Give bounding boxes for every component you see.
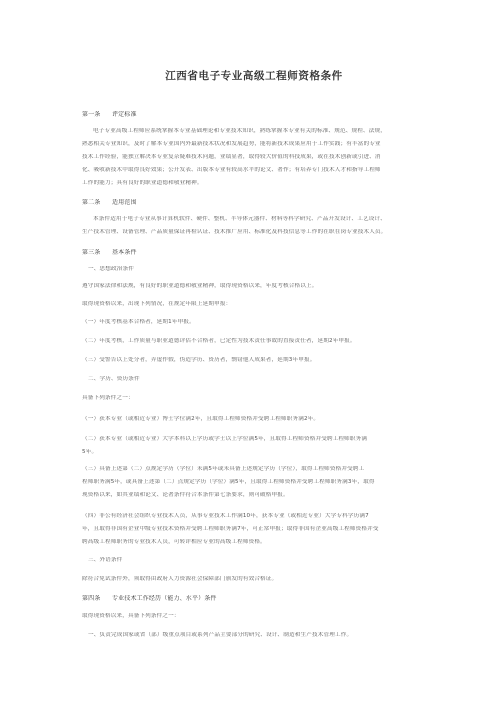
- paragraph-line: 技术工作经验，能独立解决本专业复杂疑难技术问题，业绩显著，取得较大价值的科技成果…: [82, 154, 426, 161]
- list-item-cont: 5年。: [82, 449, 426, 456]
- article-1-heading: 第一条评定标准: [82, 111, 426, 118]
- paragraph-line: 取得现资格以来，具备下列条件之一：: [82, 613, 426, 620]
- list-item-cont: 聘高级工程师职务的专业技术人员，可转评相应专业的高级工程师资格。: [82, 539, 426, 546]
- paragraph-line: 遵守国家法律和法规，有良好的职业道德和敬业精神，取得现资格以来，年度考核合格以上…: [82, 283, 426, 290]
- article-title: 评定标准: [112, 111, 137, 118]
- paragraph-line: 熟悉相关专业知识，及时了解本专业国内外最新技术状况和发展趋势，能将新技术成果应用…: [82, 141, 426, 148]
- paragraph-line: 除符合免试条件外，须取得由政府人力资源社会保障部门颁发的有效合格证。: [82, 576, 426, 583]
- article-number: 第三条: [82, 249, 112, 256]
- article-number: 第二条: [82, 199, 112, 206]
- paragraph-line: 化、吸收新技术中取得良好效果；公开发表、出版本专业有较高水平的论文、著作；有培养…: [82, 167, 426, 174]
- article-number: 第一条: [82, 111, 112, 118]
- list-item: （四）非公有经济社会组织专业技术人员，从事专业技术工作满10年，获本专业（或相近…: [82, 513, 426, 520]
- document-title: 江西省电子专业高级工程师资格条件: [82, 68, 426, 83]
- list-item-cont: 现资格以来，如其业绩和论文、论著条件符合本条件第七条要求，则可破格申报。: [82, 492, 426, 499]
- paragraph-line: 具备下列条件之一：: [82, 395, 426, 402]
- list-item: 一、负责完成国家或省（部）级重点项目或系列产品主要部分的研究、设计、制造和生产技…: [82, 632, 432, 639]
- paragraph-line: 电子专业高级工程师应系统掌握本专业基础理论和专业技术知识，熟练掌握本专业有关的标…: [82, 128, 437, 135]
- list-item-cont: 年，且取得非国有企业中级专业技术资格并受聘工程师职务满7年，可正常申报；取得非国…: [82, 526, 426, 533]
- article-title: 基本条件: [112, 249, 137, 256]
- article-title: 适用范围: [112, 199, 137, 206]
- list-item: （三）受警告以上处分者，弄虚作假，伪造学历、资历者，剽窃他人成果者，延期3年申报…: [82, 357, 426, 364]
- list-item: （一）获本专业（或相近专业）博士学位满2年，且取得工程师资格并受聘工程师职务满2…: [82, 416, 426, 423]
- list-item: （二）获本专业（或相近专业）大学本科以上学历或学士以上学位满5年，且取得工程师资…: [82, 436, 426, 443]
- section-title: 二、学历、资历条件: [82, 376, 432, 383]
- article-3-heading: 第三条基本条件: [82, 249, 426, 256]
- article-number: 第四条: [82, 595, 112, 602]
- list-item: （三）具备上述第（二）点规定学历（学位）未满5年或未具备上述规定学历（学位），取…: [82, 466, 426, 473]
- section-title: 一、思想政治条件: [82, 266, 432, 273]
- list-item: （二）年度考核，工作质量与职业道德评估不合格者，已定性为技术责任事故的直接责任者…: [82, 338, 426, 345]
- paragraph-line: 取得现资格以来，出现下列情况，在规定年限上延期申报：: [82, 301, 426, 308]
- article-2-heading: 第二条适用范围: [82, 199, 426, 206]
- list-item: （一）年度考核基本合格者，延期1年申报。: [82, 319, 426, 326]
- paragraph-line: 本条件适用于电子专业从事计算机软件、硬件、整机、半导体元器件、材料等科学研究、产…: [82, 216, 437, 223]
- section-title: 三、外语条件: [82, 557, 432, 564]
- article-4-heading: 第四条专业技术工作经历（能力、水平）条件: [82, 595, 426, 602]
- article-title: 专业技术工作经历（能力、水平）条件: [112, 595, 217, 602]
- paragraph-line: 生产技术管理、设备管理、产品质量保证再检认证、技术推广应用、标准化及科技信息等工…: [82, 229, 426, 236]
- list-item-cont: 程师职务满5年，或具备上述第（二）点规定学历（学位）满5年，且取得工程师资格并受…: [82, 479, 426, 486]
- paragraph-line: 工作的能力；具有良好的职业道德和敬业精神。: [82, 180, 426, 187]
